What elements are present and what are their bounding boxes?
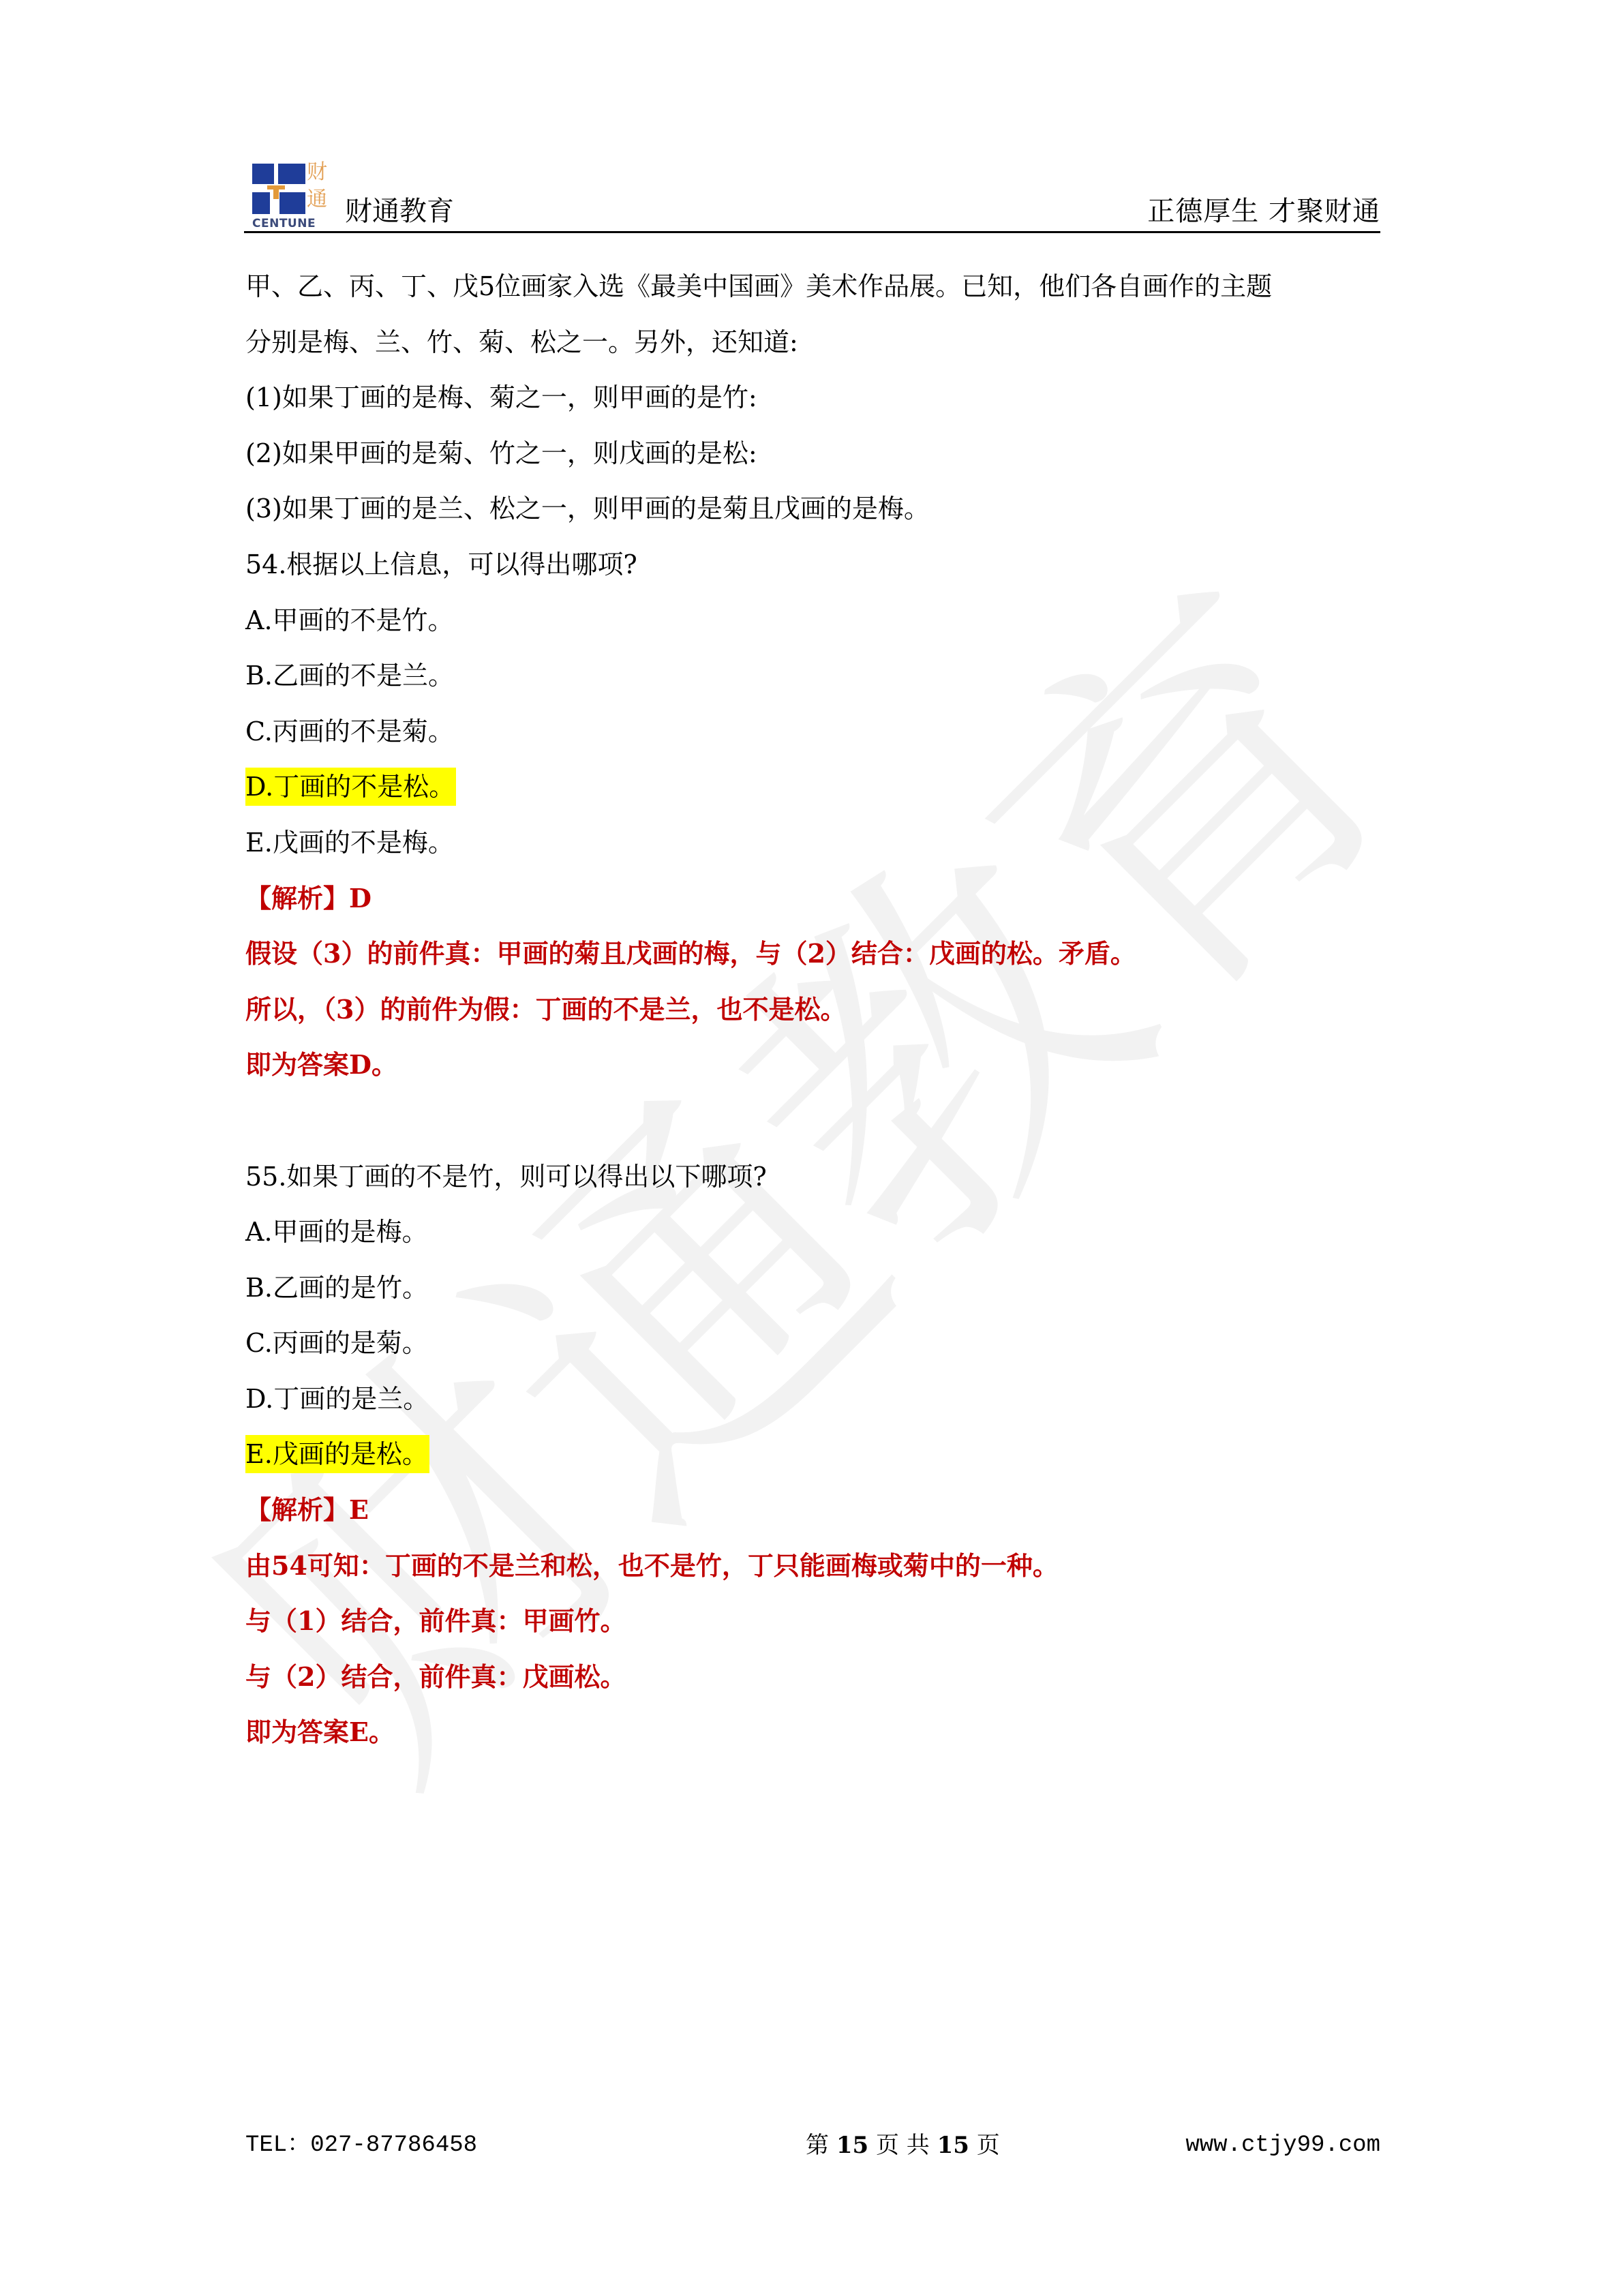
analysis-text: 与（2）结合，前件真：戊画松。 [245,1658,627,1696]
condition-text: (1)如果丁画的是梅、菊之一，则甲画的是竹: [245,378,759,417]
footer-website: www.ctjy99.com [1185,2128,1380,2162]
option-d-correct: D.丁画的不是松。 [245,768,1380,824]
condition-line: (3)如果丁画的是兰、松之一，则甲画的是菊且戊画的是梅。 [245,489,1380,545]
logo-t-stem-icon [273,185,279,199]
condition-text: (3)如果丁画的是兰、松之一，则甲画的是菊且戊画的是梅。 [245,489,931,528]
analysis-line: 与（2）结合，前件真：戊画松。 [245,1658,1380,1714]
option-d: D.丁画的是兰。 [245,1380,1380,1436]
analysis-line: 即为答案D。 [245,1046,1380,1102]
intro-text: 分别是梅、兰、竹、菊、松之一。另外，还知道: [245,323,800,361]
analysis-heading: 【解析】E [245,1491,1380,1547]
condition-line: (2)如果甲画的是菊、竹之一，则戊画的是松: [245,434,1380,490]
page-header: 财 通 CENTUNE 财通教育 正德厚生 才聚财通 [244,157,1380,233]
condition-text: (2)如果甲画的是菊、竹之一，则戊画的是松: [245,434,759,472]
option-e: E.戊画的不是梅。 [245,824,1380,879]
option-b: B.乙画的不是兰。 [245,656,1380,712]
footer-phone: TEL：027-87786458 [245,2128,477,2162]
option-a: A.甲画的是梅。 [245,1213,1380,1269]
analysis-text: 与（1）结合，前件真：甲画竹。 [245,1602,627,1640]
analysis-line: 所以，（3）的前件为假：丁画的不是兰，也不是松。 [245,991,1380,1046]
option-text: C.丙画的不是菊。 [245,712,455,751]
logo-block-icon [278,164,305,184]
analysis-line: 假设（3）的前件真：甲画的菊且戊画的梅，与（2）结合：戊画的松。矛盾。 [245,935,1380,991]
analysis-text: 所以，（3）的前件为假：丁画的不是兰，也不是松。 [245,991,847,1029]
option-c: C.丙画的是菊。 [245,1324,1380,1380]
analysis-heading-text: 【解析】E [245,1491,370,1529]
highlighted-answer: E.戊画的是松。 [245,1435,429,1473]
logo-block-icon [252,164,274,184]
logo-wordmark: CENTUNE [252,217,316,230]
centune-logo: 财 通 CENTUNE [252,161,339,232]
analysis-line: 与（1）结合，前件真：甲画竹。 [245,1602,1380,1658]
analysis-text: 由54可知：丁画的不是兰和松，也不是竹，丁只能画梅或菊中的一种。 [245,1547,1060,1585]
option-b: B.乙画的是竹。 [245,1269,1380,1325]
question-55-stem: 55.如果丁画的不是竹，则可以得出以下哪项? [245,1158,1380,1213]
option-text: B.乙画的是竹。 [245,1269,429,1307]
document-body: 甲、乙、丙、丁、戊5位画家入选《最美中国画》美术作品展。已知，他们各自画作的主题… [245,267,1380,1769]
current-page: 15 [836,2132,868,2159]
total-pages: 15 [937,2132,969,2159]
logo-block-icon [279,192,305,214]
intro-line: 分别是梅、兰、竹、菊、松之一。另外，还知道: [245,323,1380,379]
option-text: C.丙画的是菊。 [245,1324,429,1362]
question-54-stem: 54.根据以上信息，可以得出哪项? [245,545,1380,601]
analysis-text: 即为答案D。 [245,1046,399,1084]
analysis-text: 即为答案E。 [245,1713,396,1751]
option-text: E.戊画的不是梅。 [245,824,455,862]
slogan: 正德厚生 才聚财通 [1147,195,1380,228]
option-text: B.乙画的不是兰。 [245,656,455,695]
question-stem: 55.如果丁画的不是竹，则可以得出以下哪项? [245,1158,768,1196]
logo-char-cai: 财 [307,161,327,184]
page-mid: 页 共 [876,2132,930,2159]
option-a: A.甲画的不是竹。 [245,601,1380,657]
condition-line: (1)如果丁画的是梅、菊之一，则甲画的是竹: [245,378,1380,434]
spacer [245,1102,1380,1158]
intro-text: 甲、乙、丙、丁、戊5位画家入选《最美中国画》美术作品展。已知，他们各自画作的主题 [245,267,1273,305]
option-c: C.丙画的不是菊。 [245,712,1380,768]
analysis-heading-text: 【解析】D [245,879,373,918]
option-text: D.丁画的是兰。 [245,1380,430,1418]
highlighted-answer: D.丁画的不是松。 [245,768,456,806]
page-prefix: 第 [806,2132,829,2159]
analysis-text: 假设（3）的前件真：甲画的菊且戊画的梅，与（2）结合：戊画的松。矛盾。 [245,935,1138,973]
analysis-line: 即为答案E。 [245,1713,1380,1769]
question-stem: 54.根据以上信息，可以得出哪项? [245,545,639,584]
option-text: A.甲画的不是竹。 [245,601,455,639]
page-footer: TEL：027-87786458 第 15 页 共 15 页 www.ctjy9… [245,2128,1380,2162]
intro-line: 甲、乙、丙、丁、戊5位画家入选《最美中国画》美术作品展。已知，他们各自画作的主题 [245,267,1380,323]
header-divider [244,231,1380,233]
page-number: 第 15 页 共 15 页 [806,2128,1000,2162]
analysis-line: 由54可知：丁画的不是兰和松，也不是竹，丁只能画梅或菊中的一种。 [245,1547,1380,1603]
brand-name: 财通教育 [345,195,454,228]
logo-char-tong: 通 [307,188,327,211]
logo-block-icon [252,192,270,214]
option-e-correct: E.戊画的是松。 [245,1435,1380,1491]
analysis-heading: 【解析】D [245,879,1380,935]
page-suffix: 页 [977,2132,1000,2159]
option-text: A.甲画的是梅。 [245,1213,429,1251]
